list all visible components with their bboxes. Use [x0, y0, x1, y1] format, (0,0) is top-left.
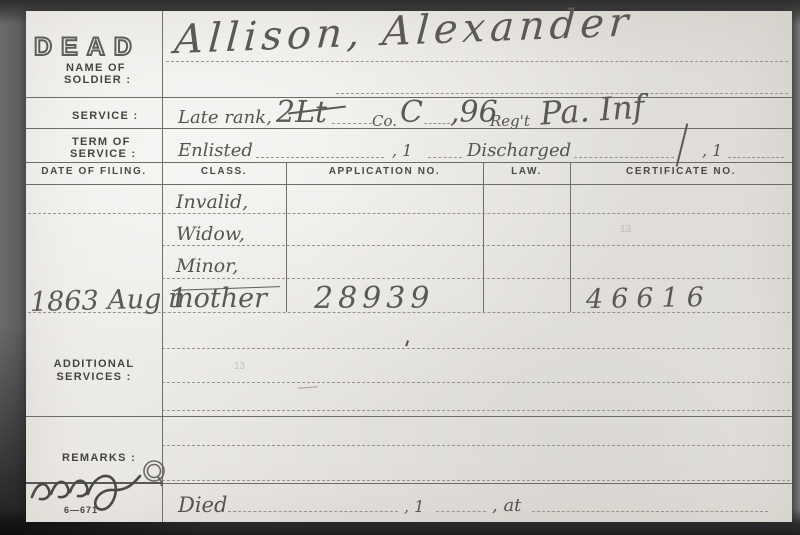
dotted-enlisted-2 — [428, 157, 462, 158]
faint-pencil-mark-additional: 13 — [234, 361, 245, 372]
divider-label-column — [162, 11, 163, 522]
late-rank-label: Late rank, — [178, 107, 272, 128]
header-class: CLASS. — [162, 166, 286, 177]
regt-label: Reg't — [490, 112, 530, 130]
divider-law-certificate — [570, 162, 571, 312]
dotted-remarks-2 — [162, 480, 790, 481]
dotted-additional-1 — [162, 382, 790, 383]
pen-stroke-descender — [676, 123, 689, 166]
class-row-widow: Widow, — [176, 223, 245, 245]
certificate-no-value: 46616 — [586, 282, 712, 315]
dotted-row-widow — [162, 245, 790, 246]
pension-index-card: DEAD NAME OF SOLDIER : SERVICE : TERM OF… — [26, 11, 792, 522]
dotted-row-minor — [162, 278, 790, 279]
additional-services-label-line2: SERVICES : — [26, 371, 162, 383]
class-row-minor: Minor, — [176, 255, 238, 277]
died-label: Died — [178, 493, 227, 517]
stray-ink-mark — [405, 340, 413, 348]
class-row-invalid: Invalid, — [176, 191, 248, 213]
faint-dash-mark — [298, 386, 318, 388]
co-label: Co. — [372, 112, 397, 130]
term-label-line1: TERM OF — [72, 136, 131, 148]
dotted-row-invalid — [28, 213, 790, 214]
header-law: LAW. — [483, 166, 570, 177]
died-note: , 1 — [404, 497, 424, 516]
dotted-died-3 — [532, 511, 768, 512]
form-number: 6—671 — [64, 505, 98, 515]
rule-under-additional — [26, 416, 792, 417]
dotted-discharged — [574, 157, 674, 158]
name-of-soldier-label-line2: SOLDIER : — [64, 74, 131, 86]
dotted-discharged-2 — [728, 157, 784, 158]
died-at-label: , at — [492, 495, 521, 516]
date-of-filing-value: 1863 Aug 1 — [30, 283, 188, 318]
enlisted-label: Enlisted — [178, 140, 253, 161]
dotted-name-line — [166, 61, 788, 62]
divider-application-law — [483, 162, 484, 312]
dead-stamp: DEAD — [34, 33, 141, 62]
scanned-pension-card: DEAD NAME OF SOLDIER : SERVICE : TERM OF… — [0, 0, 800, 535]
soldier-name-value: Allison, Alexander — [173, 0, 635, 63]
dotted-died-2 — [436, 511, 486, 512]
company-value: C — [400, 95, 423, 130]
divider-class-application — [286, 162, 287, 312]
dotted-additional-2 — [162, 410, 790, 411]
dotted-died-1 — [228, 511, 398, 512]
additional-services-label-line1: ADDITIONAL — [26, 358, 162, 370]
dotted-rank — [332, 123, 372, 124]
dotted-enlisted — [256, 157, 384, 158]
rule-under-table-header — [26, 184, 792, 185]
faint-pencil-mark-certificate: 13 — [620, 224, 631, 235]
enlisted-note: , 1 — [392, 141, 412, 160]
dotted-company — [424, 123, 450, 124]
unit-value: Pa. Inf — [539, 87, 646, 132]
round-stamp-icon — [140, 457, 170, 487]
application-no-value: 28939 — [314, 281, 434, 316]
service-label: SERVICE : — [72, 110, 139, 122]
term-label-line2: SERVICE : — [70, 148, 137, 160]
header-application-no: APPLICATION NO. — [286, 166, 483, 177]
discharged-label: Discharged — [467, 140, 571, 161]
header-date-of-filing: DATE OF FILING. — [26, 166, 162, 177]
header-certificate-no: CERTIFICATE NO. — [570, 166, 792, 177]
discharged-note: , 1 — [702, 141, 722, 160]
dotted-remarks-1 — [162, 445, 790, 446]
name-of-soldier-label-line1: NAME OF — [66, 62, 126, 74]
dotted-row-blank — [162, 348, 790, 349]
